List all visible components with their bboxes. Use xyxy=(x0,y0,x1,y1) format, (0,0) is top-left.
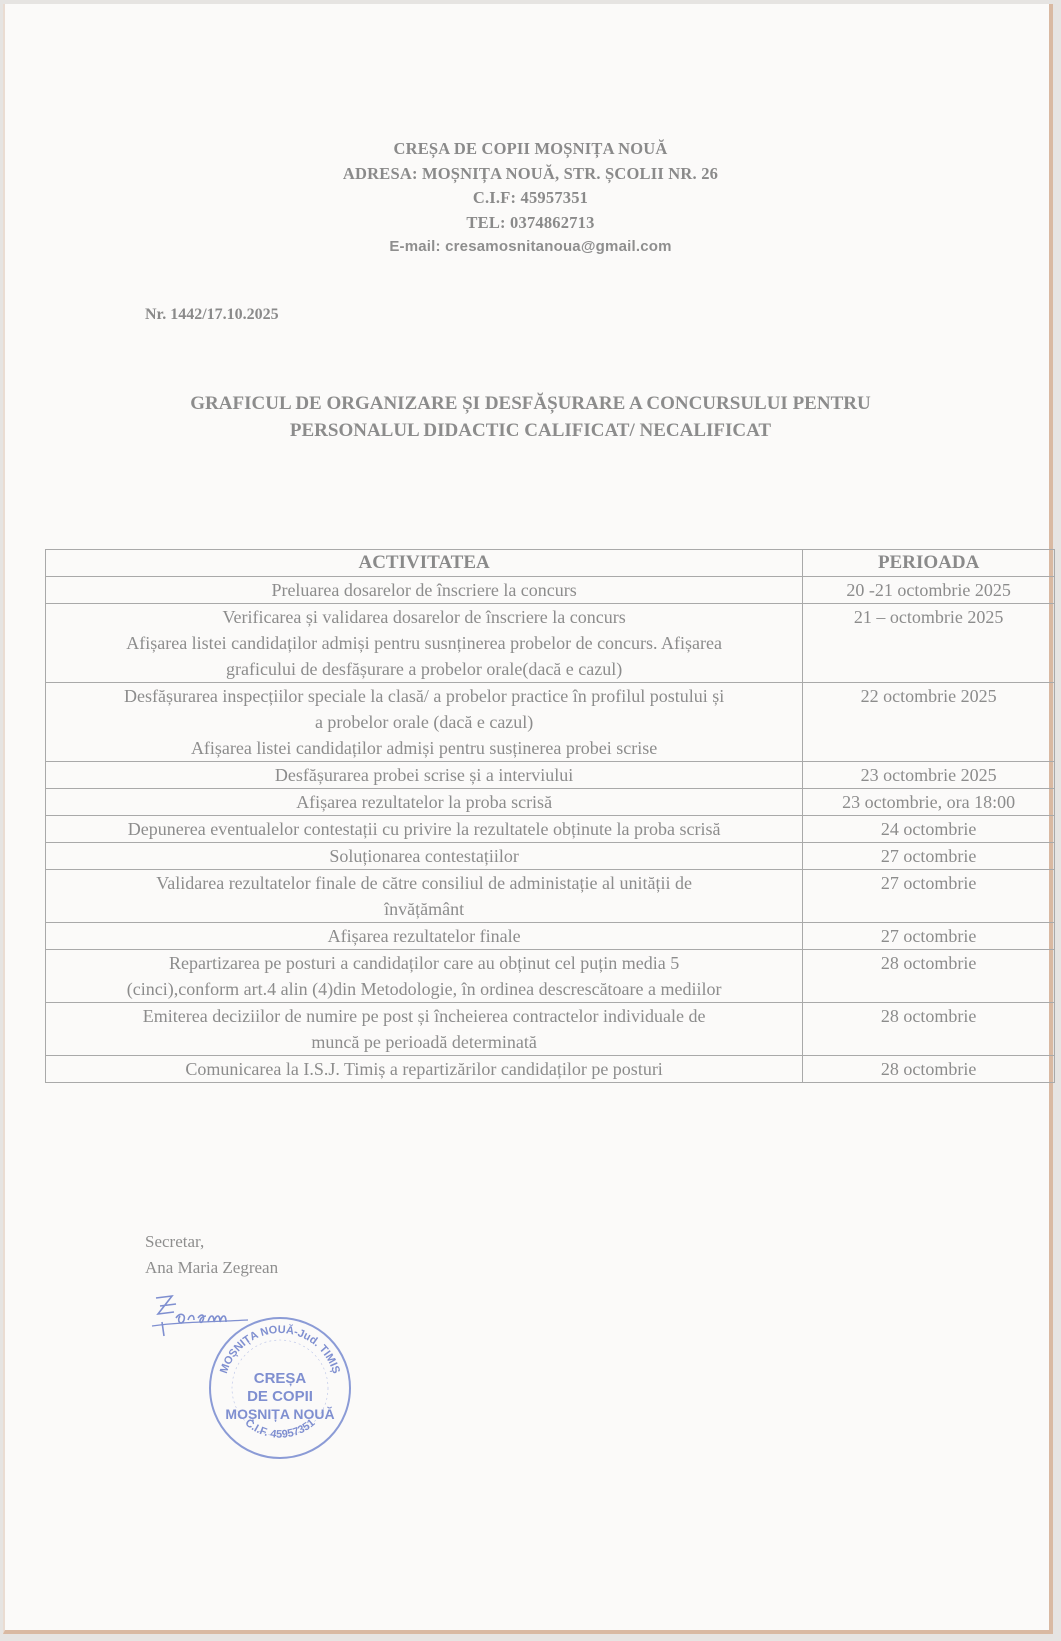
period-cell: 21 – octombrie 2025 xyxy=(803,604,1055,683)
activity-line: Repartizarea pe posturi a candidaților c… xyxy=(50,950,798,976)
activity-line: Afișarea listei candidaților admiși pent… xyxy=(50,735,798,761)
signatory-name: Ana Maria Zegrean xyxy=(145,1255,278,1281)
table-row: Validarea rezultatelor finale de către c… xyxy=(46,870,1055,923)
activity-line: Comunicarea la I.S.J. Timiș a repartizăr… xyxy=(50,1056,798,1082)
table-row: Afișarea rezultatelor la proba scrisă23 … xyxy=(46,789,1055,816)
table-row: Depunerea eventualelor contestații cu pr… xyxy=(46,816,1055,843)
activity-cell: Repartizarea pe posturi a candidaților c… xyxy=(46,950,803,1003)
institution-address: ADRESA: MOȘNIȚA NOUĂ, STR. ȘCOLII NR. 26 xyxy=(0,162,1061,187)
activity-cell: Preluarea dosarelor de înscriere la conc… xyxy=(46,577,803,604)
activity-line: Afișarea listei candidaților admiși pent… xyxy=(50,630,798,656)
period-cell: 27 octombrie xyxy=(803,923,1055,950)
svg-text:CREȘA: CREȘA xyxy=(254,1370,307,1387)
document-number: Nr. 1442/17.10.2025 xyxy=(145,306,279,324)
table-row: Preluarea dosarelor de înscriere la conc… xyxy=(46,577,1055,604)
table-row: Desfășurarea inspecțiilor speciale la cl… xyxy=(46,683,1055,762)
activity-line: învățământ xyxy=(50,896,798,922)
activity-line: (cinci),conform art.4 alin (4)din Metodo… xyxy=(50,976,798,1002)
table-row: Afișarea rezultatelor finale27 octombrie xyxy=(46,923,1055,950)
table-header-row: ACTIVITATEA PERIOADA xyxy=(46,550,1055,577)
activity-cell: Soluționarea contestațiilor xyxy=(46,843,803,870)
column-header-activity: ACTIVITATEA xyxy=(46,550,803,577)
table-row: Verificarea și validarea dosarelor de în… xyxy=(46,604,1055,683)
activity-cell: Validarea rezultatelor finale de către c… xyxy=(46,870,803,923)
svg-text:MOȘNIȚA NOUĂ: MOȘNIȚA NOUĂ xyxy=(225,1406,334,1422)
activity-cell: Desfășurarea inspecțiilor speciale la cl… xyxy=(46,683,803,762)
activity-cell: Afișarea rezultatelor finale xyxy=(46,923,803,950)
period-cell: 23 octombrie 2025 xyxy=(803,762,1055,789)
activity-cell: Comunicarea la I.S.J. Timiș a repartizăr… xyxy=(46,1056,803,1083)
activity-line: Emiterea deciziilor de numire pe post și… xyxy=(50,1003,798,1029)
activity-line: Afișarea rezultatelor la proba scrisă xyxy=(50,789,798,815)
period-cell: 28 octombrie xyxy=(803,1003,1055,1056)
period-cell: 22 octombrie 2025 xyxy=(803,683,1055,762)
schedule-table-body: Preluarea dosarelor de înscriere la conc… xyxy=(46,577,1055,1083)
table-row: Desfășurarea probei scrise și a interviu… xyxy=(46,762,1055,789)
column-header-period: PERIOADA xyxy=(803,550,1055,577)
institution-phone: TEL: 0374862713 xyxy=(0,211,1061,236)
activity-line: Preluarea dosarelor de înscriere la conc… xyxy=(50,577,798,603)
institution-email: E-mail: cresamosnitanoua@gmail.com xyxy=(0,235,1061,260)
activity-line: Validarea rezultatelor finale de către c… xyxy=(50,870,798,896)
activity-line: Afișarea rezultatelor finale xyxy=(50,923,798,949)
period-cell: 27 octombrie xyxy=(803,870,1055,923)
activity-cell: Desfășurarea probei scrise și a interviu… xyxy=(46,762,803,789)
activity-line: Soluționarea contestațiilor xyxy=(50,843,798,869)
svg-text:DE COPII: DE COPII xyxy=(247,1388,313,1405)
activity-line: Desfășurarea inspecțiilor speciale la cl… xyxy=(50,683,798,709)
activity-line: graficului de desfășurare a probelor ora… xyxy=(50,656,798,682)
activity-cell: Depunerea eventualelor contestații cu pr… xyxy=(46,816,803,843)
schedule-table: ACTIVITATEA PERIOADA Preluarea dosarelor… xyxy=(45,549,1055,1083)
title-line-2: PERSONALUL DIDACTIC CALIFICAT/ NECALIFIC… xyxy=(0,417,1061,444)
period-cell: 27 octombrie xyxy=(803,843,1055,870)
table-row: Soluționarea contestațiilor27 octombrie xyxy=(46,843,1055,870)
period-cell: 20 -21 octombrie 2025 xyxy=(803,577,1055,604)
institution-cif: C.I.F: 45957351 xyxy=(0,186,1061,211)
period-cell: 23 octombrie, ora 18:00 xyxy=(803,789,1055,816)
activity-line: a probelor orale (dacă e cazul) xyxy=(50,709,798,735)
signatory-role: Secretar, xyxy=(145,1229,278,1255)
table-row: Comunicarea la I.S.J. Timiș a repartizăr… xyxy=(46,1056,1055,1083)
title-line-1: GRAFICUL DE ORGANIZARE ȘI DESFĂȘURARE A … xyxy=(0,390,1061,417)
activity-line: Verificarea și validarea dosarelor de în… xyxy=(50,604,798,630)
signature-block: Secretar, Ana Maria Zegrean xyxy=(145,1229,278,1281)
period-cell: 24 octombrie xyxy=(803,816,1055,843)
activity-line: Desfășurarea probei scrise și a interviu… xyxy=(50,762,798,788)
activity-cell: Emiterea deciziilor de numire pe post și… xyxy=(46,1003,803,1056)
letterhead: CREȘA DE COPII MOȘNIȚA NOUĂ ADRESA: MOȘN… xyxy=(0,137,1061,260)
activity-cell: Afișarea rezultatelor la proba scrisă xyxy=(46,789,803,816)
activity-cell: Verificarea și validarea dosarelor de în… xyxy=(46,604,803,683)
document-title: GRAFICUL DE ORGANIZARE ȘI DESFĂȘURARE A … xyxy=(0,390,1061,444)
activity-line: Depunerea eventualelor contestații cu pr… xyxy=(50,816,798,842)
period-cell: 28 octombrie xyxy=(803,1056,1055,1083)
institution-name: CREȘA DE COPII MOȘNIȚA NOUĂ xyxy=(0,137,1061,162)
period-cell: 28 octombrie xyxy=(803,950,1055,1003)
activity-line: muncă pe perioadă determinată xyxy=(50,1029,798,1055)
table-row: Emiterea deciziilor de numire pe post și… xyxy=(46,1003,1055,1056)
official-stamp-icon: MOȘNIȚA NOUĂ-Jud. TIMIȘ C.I.F. 45957351 … xyxy=(205,1313,355,1463)
table-row: Repartizarea pe posturi a candidaților c… xyxy=(46,950,1055,1003)
